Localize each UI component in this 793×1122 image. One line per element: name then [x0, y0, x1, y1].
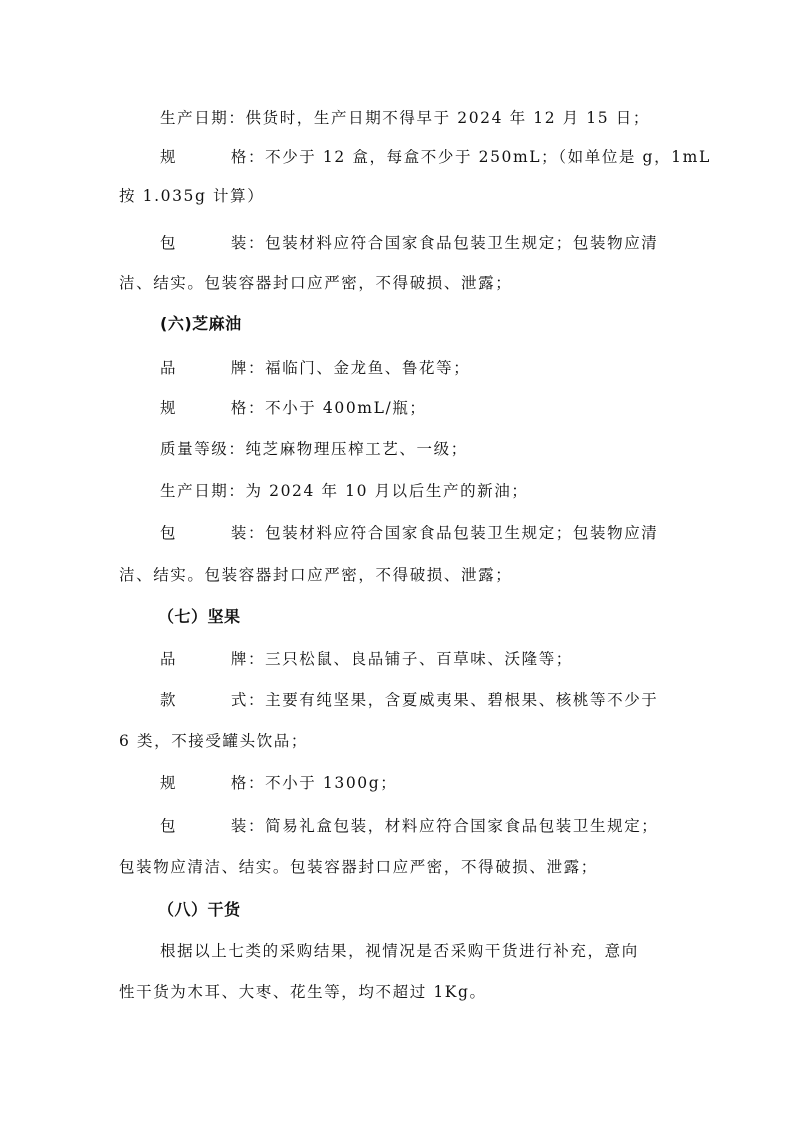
brand-line: 品牌：三只松鼠、良品铺子、百草味、沃隆等； [160, 649, 720, 669]
document-page: 生产日期：供货时，生产日期不得早于 2024 年 12 月 15 日； 规格：不… [0, 0, 793, 1122]
field-label: 品牌 [160, 358, 248, 378]
packaging-line: 包装：包装材料应符合国家食品包装卫生规定；包装物应清 [160, 233, 720, 253]
field-value: ：不小于 400mL/瓶； [248, 399, 427, 417]
dry-goods-paragraph: 根据以上七类的采购结果，视情况是否采购干货进行补充，意向 [160, 941, 720, 961]
field-label: 规格 [160, 773, 248, 793]
field-label: 规格 [160, 147, 248, 167]
field-label: 款式 [160, 690, 248, 710]
field-value: ：福临门、金龙鱼、鲁花等； [248, 359, 470, 377]
section-heading-nuts: （七）坚果 [158, 607, 718, 627]
field-label: 包装 [160, 816, 248, 836]
spec-line: 规格：不少于 12 盒，每盒不少于 250mL；（如单位是 g，1mL [160, 147, 720, 167]
section-heading-sesame-oil: (六)芝麻油 [160, 314, 720, 334]
spec-line-continued: 按 1.035g 计算） [119, 186, 679, 206]
packaging-line: 包装：简易礼盒包装，材料应符合国家食品包装卫生规定； [160, 816, 720, 836]
spec-line: 规格：不小于 1300g； [160, 773, 720, 793]
field-label: 包装 [160, 233, 248, 253]
packaging-line-continued: 包装物应清洁、结实。包装容器封口应严密，不得破损、泄露； [119, 857, 679, 877]
field-value: ：简易礼盒包装，材料应符合国家食品包装卫生规定； [248, 817, 658, 835]
style-line-continued: 6 类，不接受罐头饮品； [119, 731, 679, 751]
production-date-line: 生产日期：为 2024 年 10 月以后生产的新油； [160, 481, 720, 501]
field-label: 品牌 [160, 649, 248, 669]
field-value: ：包装材料应符合国家食品包装卫生规定；包装物应清 [248, 234, 658, 252]
spec-line: 规格：不小于 400mL/瓶； [160, 398, 720, 418]
packaging-line-continued: 洁、结实。包装容器封口应严密，不得破损、泄露； [119, 273, 679, 293]
style-line: 款式：主要有纯坚果，含夏威夷果、碧根果、核桃等不少于 [160, 690, 720, 710]
field-label: 包装 [160, 523, 248, 543]
packaging-line-continued: 洁、结实。包装容器封口应严密，不得破损、泄露； [119, 565, 679, 585]
production-date-line: 生产日期：供货时，生产日期不得早于 2024 年 12 月 15 日； [160, 108, 720, 128]
field-label: 规格 [160, 398, 248, 418]
field-value: ：包装材料应符合国家食品包装卫生规定；包装物应清 [248, 524, 658, 542]
brand-line: 品牌：福临门、金龙鱼、鲁花等； [160, 358, 720, 378]
field-value: ：不小于 1300g； [248, 774, 397, 792]
field-value: ：主要有纯坚果，含夏威夷果、碧根果、核桃等不少于 [248, 691, 658, 709]
dry-goods-paragraph-continued: 性干货为木耳、大枣、花生等，均不超过 1Kg。 [119, 982, 679, 1002]
section-heading-dry-goods: （八）干货 [158, 900, 718, 920]
field-value: ：不少于 12 盒，每盒不少于 250mL；（如单位是 g，1mL [248, 148, 711, 166]
packaging-line: 包装：包装材料应符合国家食品包装卫生规定；包装物应清 [160, 523, 720, 543]
field-value: ：三只松鼠、良品铺子、百草味、沃隆等； [248, 650, 573, 668]
quality-grade-line: 质量等级：纯芝麻物理压榨工艺、一级； [160, 439, 720, 459]
